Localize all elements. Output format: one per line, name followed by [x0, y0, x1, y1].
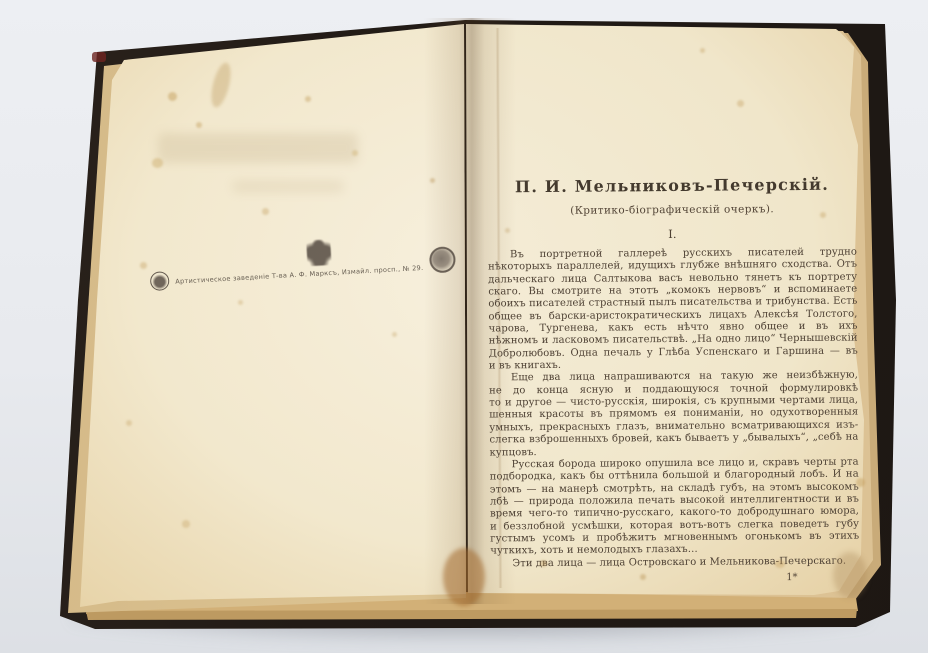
spine-headband	[92, 52, 106, 62]
text-line: Эти два лица — лица Островскаго и Мельни…	[490, 555, 859, 570]
paragraph: Эти два лица — лица Островскаго и Мельни…	[490, 555, 859, 570]
section-number: I.	[488, 226, 857, 243]
paragraph: Въ портретной галлереѣ русскихъ писателе…	[488, 247, 858, 373]
round-ink-stamp-icon	[429, 246, 456, 273]
publisher-monogram-stamp-icon	[150, 271, 170, 291]
photo-of-open-antique-book: Артистическое заведеніе Т-ва А. Ф. Маркс…	[0, 0, 928, 653]
double-headed-eagle-emblem-icon	[306, 239, 331, 266]
paragraph: Русская борода широко опушила все лицо и…	[490, 456, 860, 558]
essay-title: П. И. Мельниковъ-Печерскій.	[487, 175, 856, 197]
right-page-text: П. И. Мельниковъ-Печерскій. (Критико-біо…	[487, 175, 859, 586]
paragraphs-container: Въ портретной галлереѣ русскихъ писателе…	[488, 247, 860, 571]
paragraph: Еще два лица напрашиваются на такую же н…	[489, 370, 859, 459]
essay-subtitle: (Критико-біографическій очеркъ).	[488, 203, 857, 218]
